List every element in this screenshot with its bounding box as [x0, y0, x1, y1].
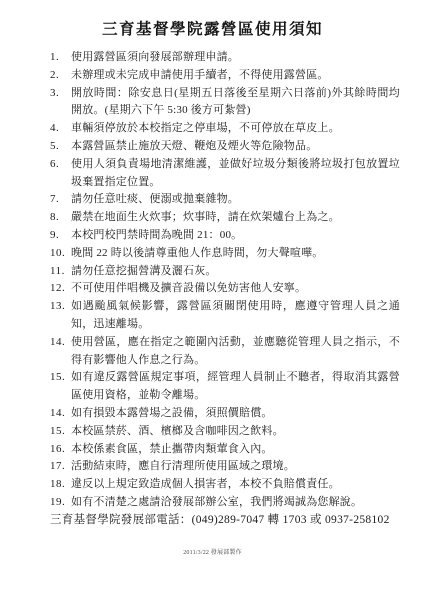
rule-item-text: 不可使用伴唱機及擴音設備以免妨害他人安寧。: [71, 280, 400, 298]
rule-item-number: 11.: [50, 263, 71, 281]
rule-item-number: 9.: [50, 227, 71, 245]
rule-item-number: 14.: [50, 405, 71, 423]
rule-item-number: 14.: [50, 334, 71, 352]
rule-item: 7. 請勿任意吐痰、便溺或拋棄雜物。: [50, 191, 400, 209]
rule-item: 1. 使用露營區須向發展部辦理申請。: [50, 49, 400, 67]
rule-item-number: 1.: [50, 49, 71, 67]
document-page: 三育基督學院露營區使用須知 1. 使用露營區須向發展部辦理申請。 2. 未辦理或…: [0, 0, 425, 600]
rule-item-text: 如有違反露營區規定事項，經管理人員制止不聽者，得取消其露營區使用資格，並勒令離場…: [71, 369, 400, 405]
page-title: 三育基督學院露營區使用須知: [25, 17, 400, 39]
rule-item-number: 6.: [50, 156, 71, 174]
rule-item-text: 本校係素食區，禁止攜帶肉類葷食入內。: [71, 441, 400, 459]
rules-list: 1. 使用露營區須向發展部辦理申請。 2. 未辦理或未完成申請使用手續者，不得使…: [50, 49, 400, 512]
rule-item-text: 本校區禁菸、酒、檳榔及含咖啡因之飲料。: [71, 423, 400, 441]
rule-item-number: 4.: [50, 120, 71, 138]
rule-item-number: 16.: [50, 441, 71, 459]
rule-item: 6. 使用人須負責場地清潔維護，並做好垃圾分類後將垃圾打包放置垃圾棄置指定位置。: [50, 156, 400, 192]
rule-item: 8. 嚴禁在地面生火炊事；炊事時，請在炊架爐台上為之。: [50, 209, 400, 227]
rule-item: 9. 本校門校門禁時間為晚間 21：00。: [50, 227, 400, 245]
rule-item: 17. 活動結束時，應自行清理所使用區域之環境。: [50, 458, 400, 476]
rule-item: 14. 如有損毀本露營場之設備，須照價賠償。: [50, 405, 400, 423]
rule-item: 13. 如遇颱風氣候影響，露營區須關閉使用時，應遵守管理人員之通知，迅速離場。: [50, 298, 400, 334]
rule-item-number: 15.: [50, 369, 71, 387]
rule-item-text: 請勿任意吐痰、便溺或拋棄雜物。: [71, 191, 400, 209]
rule-item-number: 10.: [50, 245, 71, 263]
rule-item-text: 如遇颱風氣候影響，露營區須關閉使用時，應遵守管理人員之通知，迅速離場。: [71, 298, 400, 334]
rule-item-number: 3.: [50, 85, 71, 103]
rule-item-text: 活動結束時，應自行清理所使用區域之環境。: [71, 458, 400, 476]
rule-item: 12. 不可使用伴唱機及擴音設備以免妨害他人安寧。: [50, 280, 400, 298]
contact-line: 三育基督學院發展部電話：(049)289-7047 轉 1703 或 0937-…: [50, 512, 400, 530]
rule-item: 5. 本露營區禁止施放天燈、鞭炮及煙火等危險物品。: [50, 138, 400, 156]
rule-item-text: 未辦理或未完成申請使用手續者，不得使用露營區。: [71, 67, 400, 85]
rule-item-number: 13.: [50, 298, 71, 316]
rule-item: 3. 開放時間：除安息日(星期五日落後至星期六日落前)外其餘時間均開放。(星期六…: [50, 85, 400, 121]
rule-item-number: 8.: [50, 209, 71, 227]
rule-item: 2. 未辦理或未完成申請使用手續者，不得使用露營區。: [50, 67, 400, 85]
rule-item-number: 12.: [50, 280, 71, 298]
rule-item-text: 晚間 22 時以後請尊重他人作息時間，勿大聲喧嘩。: [71, 245, 400, 263]
rule-item: 11. 請勿任意挖掘營溝及灑石灰。: [50, 263, 400, 281]
rule-item-number: 19.: [50, 494, 71, 512]
rule-item: 19. 如有不清楚之處請洽發展部辦公室，我們將竭誠為您解說。: [50, 494, 400, 512]
rule-item-text: 本校門校門禁時間為晚間 21：00。: [71, 227, 400, 245]
rule-item-text: 車輛須停放於本校指定之停車場，不可停放在草皮上。: [71, 120, 400, 138]
rule-item-text: 嚴禁在地面生火炊事；炊事時，請在炊架爐台上為之。: [71, 209, 400, 227]
footnote-date: 2011/3/22 發展部製作: [25, 547, 400, 556]
rule-item: 14. 使用營區，應在指定之範圍內活動，並應聽從管理人員之指示，不得有影響他人作…: [50, 334, 400, 370]
rule-item-number: 15.: [50, 423, 71, 441]
rule-item: 18. 違反以上規定致造成個人損害者，本校不負賠償責任。: [50, 476, 400, 494]
rule-item: 15. 本校區禁菸、酒、檳榔及含咖啡因之飲料。: [50, 423, 400, 441]
rule-item: 16. 本校係素食區，禁止攜帶肉類葷食入內。: [50, 441, 400, 459]
rule-item-text: 違反以上規定致造成個人損害者，本校不負賠償責任。: [71, 476, 400, 494]
rule-item-number: 5.: [50, 138, 71, 156]
rule-item: 4. 車輛須停放於本校指定之停車場，不可停放在草皮上。: [50, 120, 400, 138]
rule-item-text: 本露營區禁止施放天燈、鞭炮及煙火等危險物品。: [71, 138, 400, 156]
rule-item-text: 使用營區，應在指定之範圍內活動，並應聽從管理人員之指示，不得有影響他人作息之行為…: [71, 334, 400, 370]
rule-item-text: 請勿任意挖掘營溝及灑石灰。: [71, 263, 400, 281]
rule-item: 10. 晚間 22 時以後請尊重他人作息時間，勿大聲喧嘩。: [50, 245, 400, 263]
rule-item-text: 如有損毀本露營場之設備，須照價賠償。: [71, 405, 400, 423]
rule-item-text: 如有不清楚之處請洽發展部辦公室，我們將竭誠為您解說。: [71, 494, 400, 512]
rule-item-number: 2.: [50, 67, 71, 85]
rule-item-number: 17.: [50, 458, 71, 476]
rule-item: 15. 如有違反露營區規定事項，經管理人員制止不聽者，得取消其露營區使用資格，並…: [50, 369, 400, 405]
rule-item-number: 7.: [50, 191, 71, 209]
rule-item-number: 18.: [50, 476, 71, 494]
rule-item-text: 使用露營區須向發展部辦理申請。: [71, 49, 400, 67]
rule-item-text: 開放時間：除安息日(星期五日落後至星期六日落前)外其餘時間均開放。(星期六下午 …: [71, 85, 400, 121]
rule-item-text: 使用人須負責場地清潔維護，並做好垃圾分類後將垃圾打包放置垃圾棄置指定位置。: [71, 156, 400, 192]
